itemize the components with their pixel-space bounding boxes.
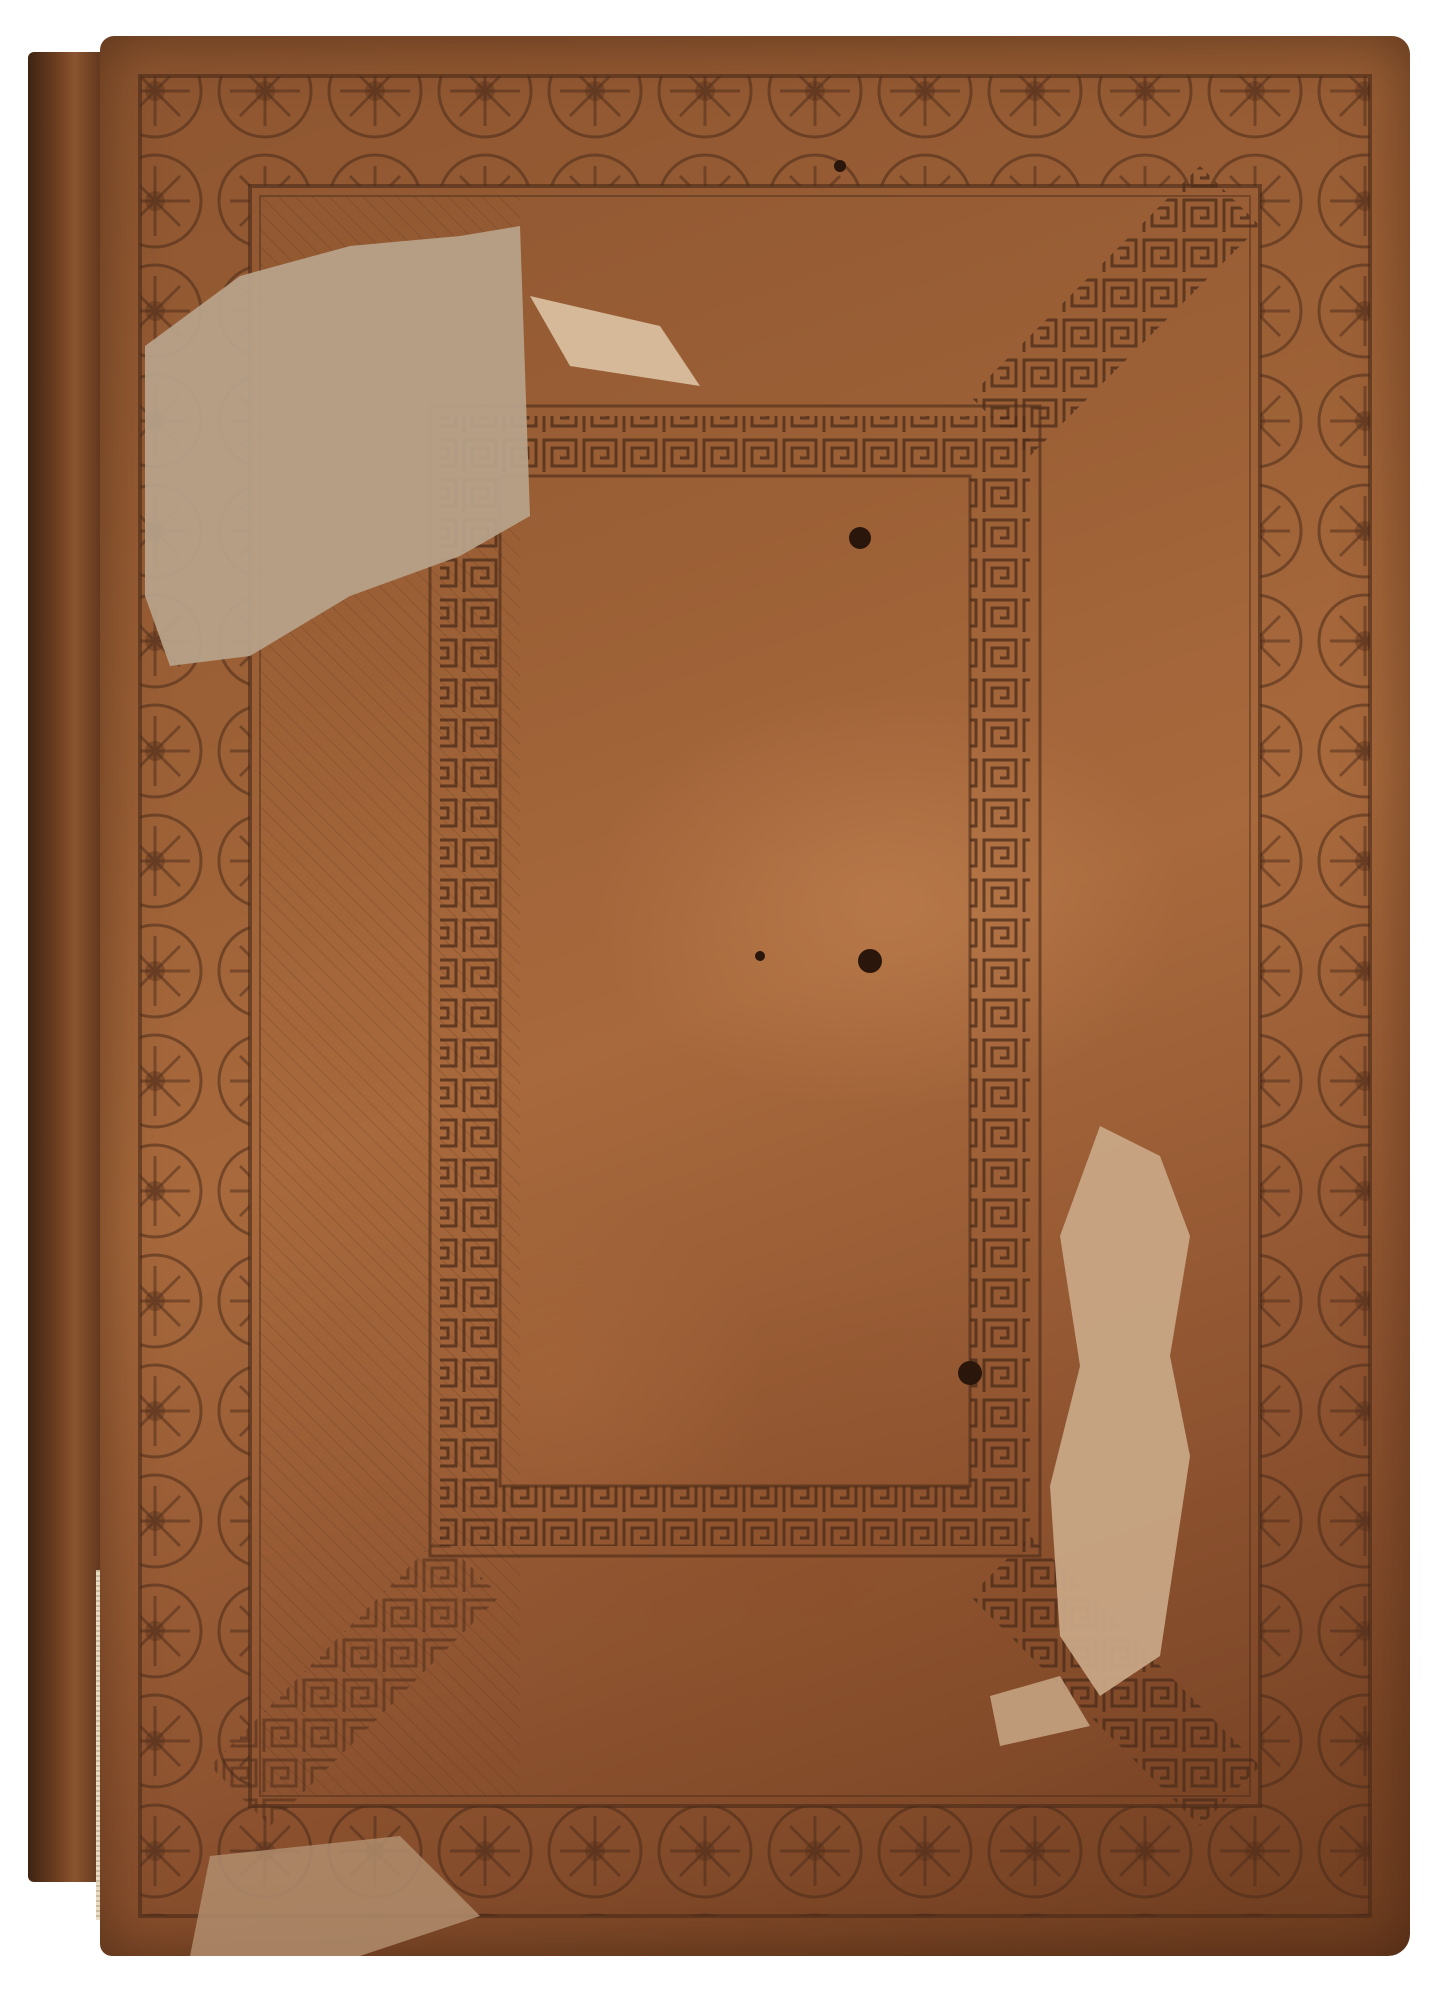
book-spine	[28, 52, 106, 1882]
damage-overlay	[100, 36, 1410, 1956]
leather-cover-board	[100, 36, 1410, 1956]
upper-left-damage	[145, 226, 530, 666]
book-cover-photo	[0, 0, 1449, 2000]
lower-right-damage	[1050, 1126, 1190, 1696]
